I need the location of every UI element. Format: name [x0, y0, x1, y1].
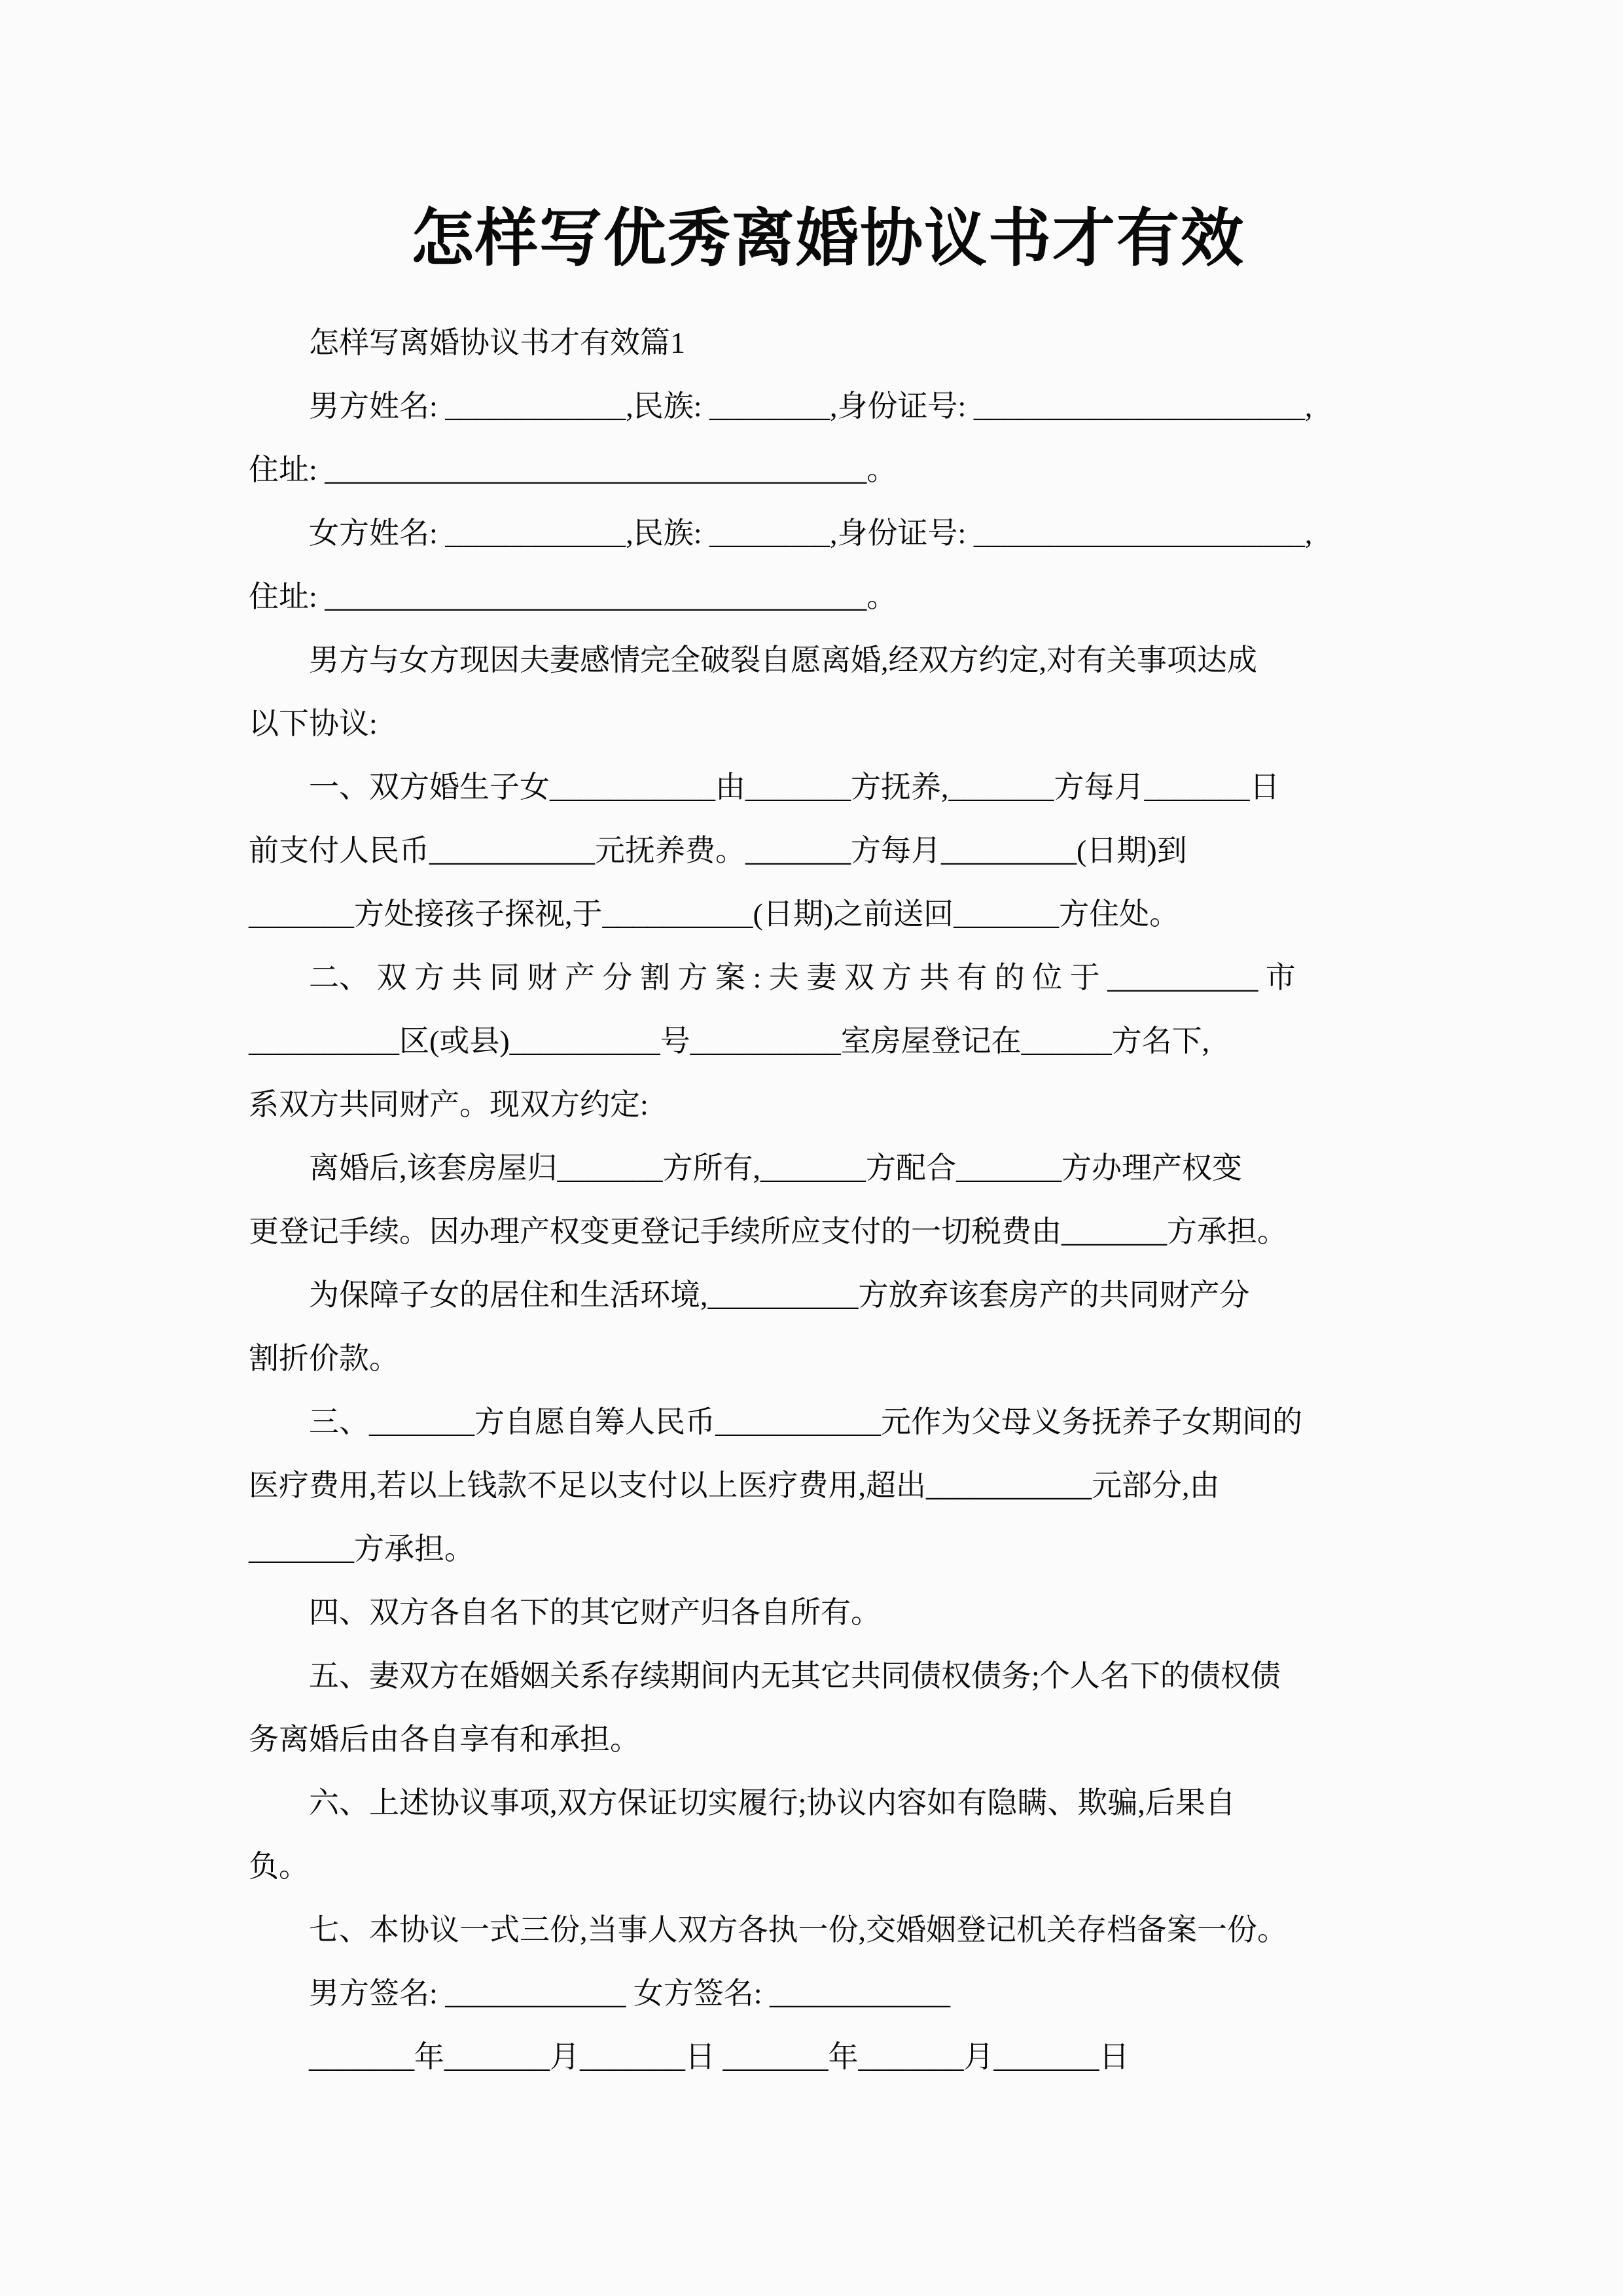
- document-title: 怎样写优秀离婚协议书才有效: [249, 187, 1407, 291]
- text-line: 六、上述协议事项,双方保证切实履行;协议内容如有隐瞒、欺骗,后果自: [249, 1771, 1407, 1835]
- paragraph: 一、双方婚生子女___________由_______方抚养,_______方每…: [249, 755, 1407, 946]
- text-line: 一、双方婚生子女___________由_______方抚养,_______方每…: [249, 755, 1407, 819]
- paragraph: 男方与女方现因夫妻感情完全破裂自愿离婚,经双方约定,对有关事项达成以下协议:: [249, 628, 1407, 755]
- paragraph: 男方姓名: ____________,民族: ________,身份证号: __…: [249, 374, 1407, 501]
- text-line: _______方承担。: [249, 1517, 1407, 1581]
- paragraph: 为保障子女的居住和生活环境,__________方放弃该套房产的共同财产分割折价…: [249, 1263, 1407, 1390]
- text-line: 住址: ____________________________________…: [249, 565, 1407, 628]
- text-line: 医疗费用,若以上钱款不足以支付以上医疗费用,超出___________元部分,由: [249, 1454, 1407, 1517]
- text-line: 以下协议:: [249, 692, 1407, 755]
- text-line: 为保障子女的居住和生活环境,__________方放弃该套房产的共同财产分: [249, 1263, 1407, 1327]
- text-line: 更登记手续。因办理产权变更登记手续所应支付的一切税费由_______方承担。: [249, 1200, 1407, 1263]
- text-line: _______年_______月_______日 _______年_______…: [249, 2025, 1407, 2089]
- paragraph: 五、妻双方在婚姻关系存续期间内无其它共同债权债务;个人名下的债权债务离婚后由各自…: [249, 1644, 1407, 1771]
- text-line: 七、本协议一式三份,当事人双方各执一份,交婚姻登记机关存档备案一份。: [249, 1898, 1407, 1962]
- text-line: __________区(或县)__________号__________室房屋登…: [249, 1009, 1407, 1073]
- paragraph: 七、本协议一式三份,当事人双方各执一份,交婚姻登记机关存档备案一份。: [249, 1898, 1407, 1962]
- text-line: 三、_______方自愿自筹人民币___________元作为父母义务抚养子女期…: [249, 1390, 1407, 1454]
- document-page: 怎样写优秀离婚协议书才有效 怎样写离婚协议书才有效篇1男方姓名: _______…: [0, 0, 1623, 2296]
- text-line: 离婚后,该套房屋归_______方所有,_______方配合_______方办理…: [249, 1136, 1407, 1200]
- paragraph: 六、上述协议事项,双方保证切实履行;协议内容如有隐瞒、欺骗,后果自负。: [249, 1771, 1407, 1898]
- text-line: 务离婚后由各自享有和承担。: [249, 1708, 1407, 1771]
- text-line: 女方姓名: ____________,民族: ________,身份证号: __…: [249, 501, 1407, 565]
- document-content: 怎样写优秀离婚协议书才有效 怎样写离婚协议书才有效篇1男方姓名: _______…: [0, 0, 1623, 2089]
- text-line: 前支付人民币___________元抚养费。_______方每月________…: [249, 819, 1407, 882]
- text-line: 男方签名: ____________ 女方签名: ____________: [249, 1962, 1407, 2025]
- text-line: 怎样写离婚协议书才有效篇1: [249, 311, 1407, 374]
- text-line: 住址: ____________________________________…: [249, 438, 1407, 501]
- paragraph: 离婚后,该套房屋归_______方所有,_______方配合_______方办理…: [249, 1136, 1407, 1263]
- paragraph: 四、双方各自名下的其它财产归各自所有。: [249, 1581, 1407, 1644]
- text-line: 男方姓名: ____________,民族: ________,身份证号: __…: [249, 374, 1407, 438]
- text-line: _______方处接孩子探视,于__________(日期)之前送回______…: [249, 882, 1407, 946]
- paragraph: 女方姓名: ____________,民族: ________,身份证号: __…: [249, 501, 1407, 628]
- paragraph: 怎样写离婚协议书才有效篇1: [249, 311, 1407, 374]
- text-line: 割折价款。: [249, 1327, 1407, 1390]
- text-line: 负。: [249, 1835, 1407, 1898]
- document-body: 怎样写离婚协议书才有效篇1男方姓名: ____________,民族: ____…: [249, 311, 1407, 2089]
- paragraph: _______年_______月_______日 _______年_______…: [249, 2025, 1407, 2089]
- text-line: 五、妻双方在婚姻关系存续期间内无其它共同债权债务;个人名下的债权债: [249, 1644, 1407, 1708]
- paragraph: 三、_______方自愿自筹人民币___________元作为父母义务抚养子女期…: [249, 1390, 1407, 1581]
- text-line: 男方与女方现因夫妻感情完全破裂自愿离婚,经双方约定,对有关事项达成: [249, 628, 1407, 692]
- text-line: 四、双方各自名下的其它财产归各自所有。: [249, 1581, 1407, 1644]
- text-line: 系双方共同财产。现双方约定:: [249, 1073, 1407, 1136]
- paragraph: 二、 双 方 共 同 财 产 分 割 方 案 : 夫 妻 双 方 共 有 的 位…: [249, 946, 1407, 1136]
- paragraph: 男方签名: ____________ 女方签名: ____________: [249, 1962, 1407, 2025]
- text-line: 二、 双 方 共 同 财 产 分 割 方 案 : 夫 妻 双 方 共 有 的 位…: [249, 946, 1407, 1009]
